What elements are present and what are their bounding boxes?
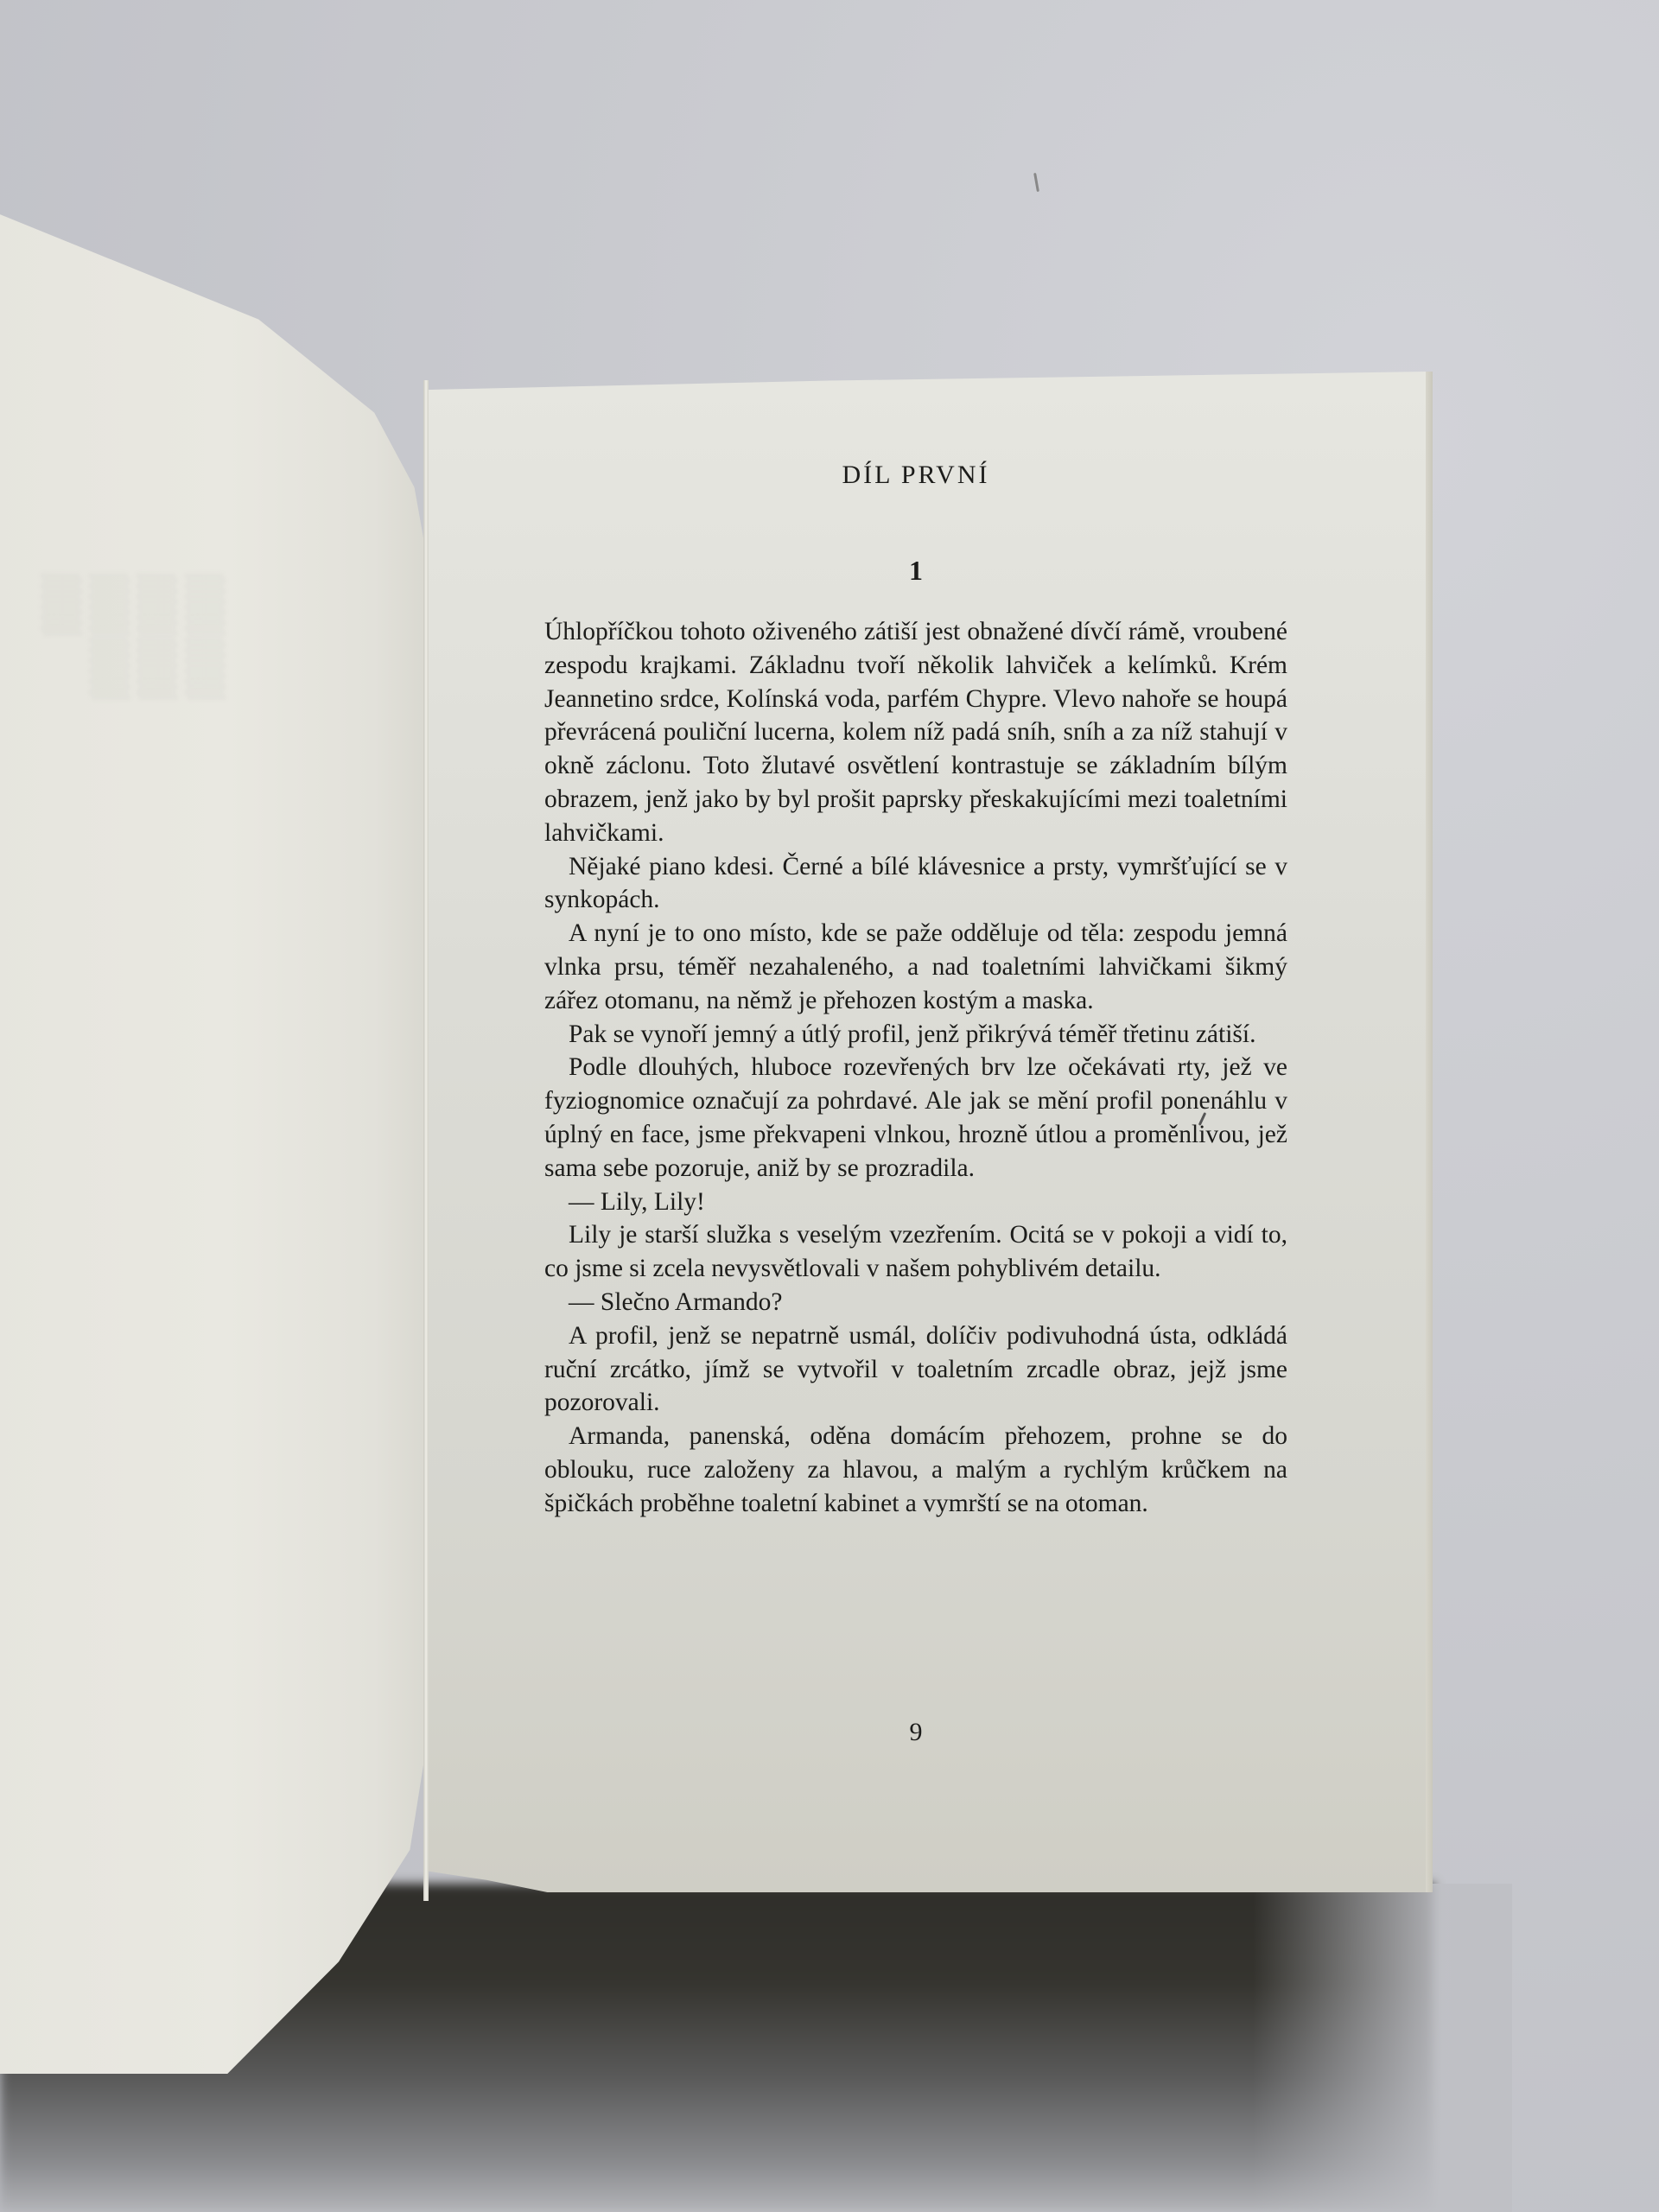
paragraph: Lily je starší služka s veselým vzezření… [544,1218,1287,1286]
paragraph: A nyní je to ono místo, kde se paže oddě… [544,917,1287,1017]
paragraph: Úhlopříčkou tohoto oživeného zátiší jest… [544,615,1287,850]
bleed-through-text: ▒▒▒▒▒▒▒ [17,570,225,691]
page-edge [1426,372,1433,1892]
chapter-body: Úhlopříčkou tohoto oživeného zátiší jest… [544,615,1287,1521]
paragraph: A profil, jenž se nepatrně usmál, dolíči… [544,1319,1287,1420]
chapter-number: 1 [544,555,1287,587]
paragraph: Pak se vynoří jemný a útlý profil, jenž … [544,1018,1287,1052]
paragraph: Nějaké piano kdesi. Černé a bílé klávesn… [544,850,1287,918]
shadow-fade [1253,1884,1512,2212]
page-number: 9 [544,1718,1287,1747]
paragraph: Armanda, panenská, oděna domácím přehoze… [544,1420,1287,1520]
book-spine-gutter [423,380,429,1901]
dialogue-line: — Lily, Lily! [544,1185,1287,1219]
part-title: DÍL PRVNÍ [544,461,1287,490]
dialogue-line: — Slečno Armando? [544,1286,1287,1319]
left-page: ▒▒▒▒▒▒▒ [0,207,428,2074]
paragraph: Podle dlouhých, hluboce rozevřených brv … [544,1051,1287,1185]
